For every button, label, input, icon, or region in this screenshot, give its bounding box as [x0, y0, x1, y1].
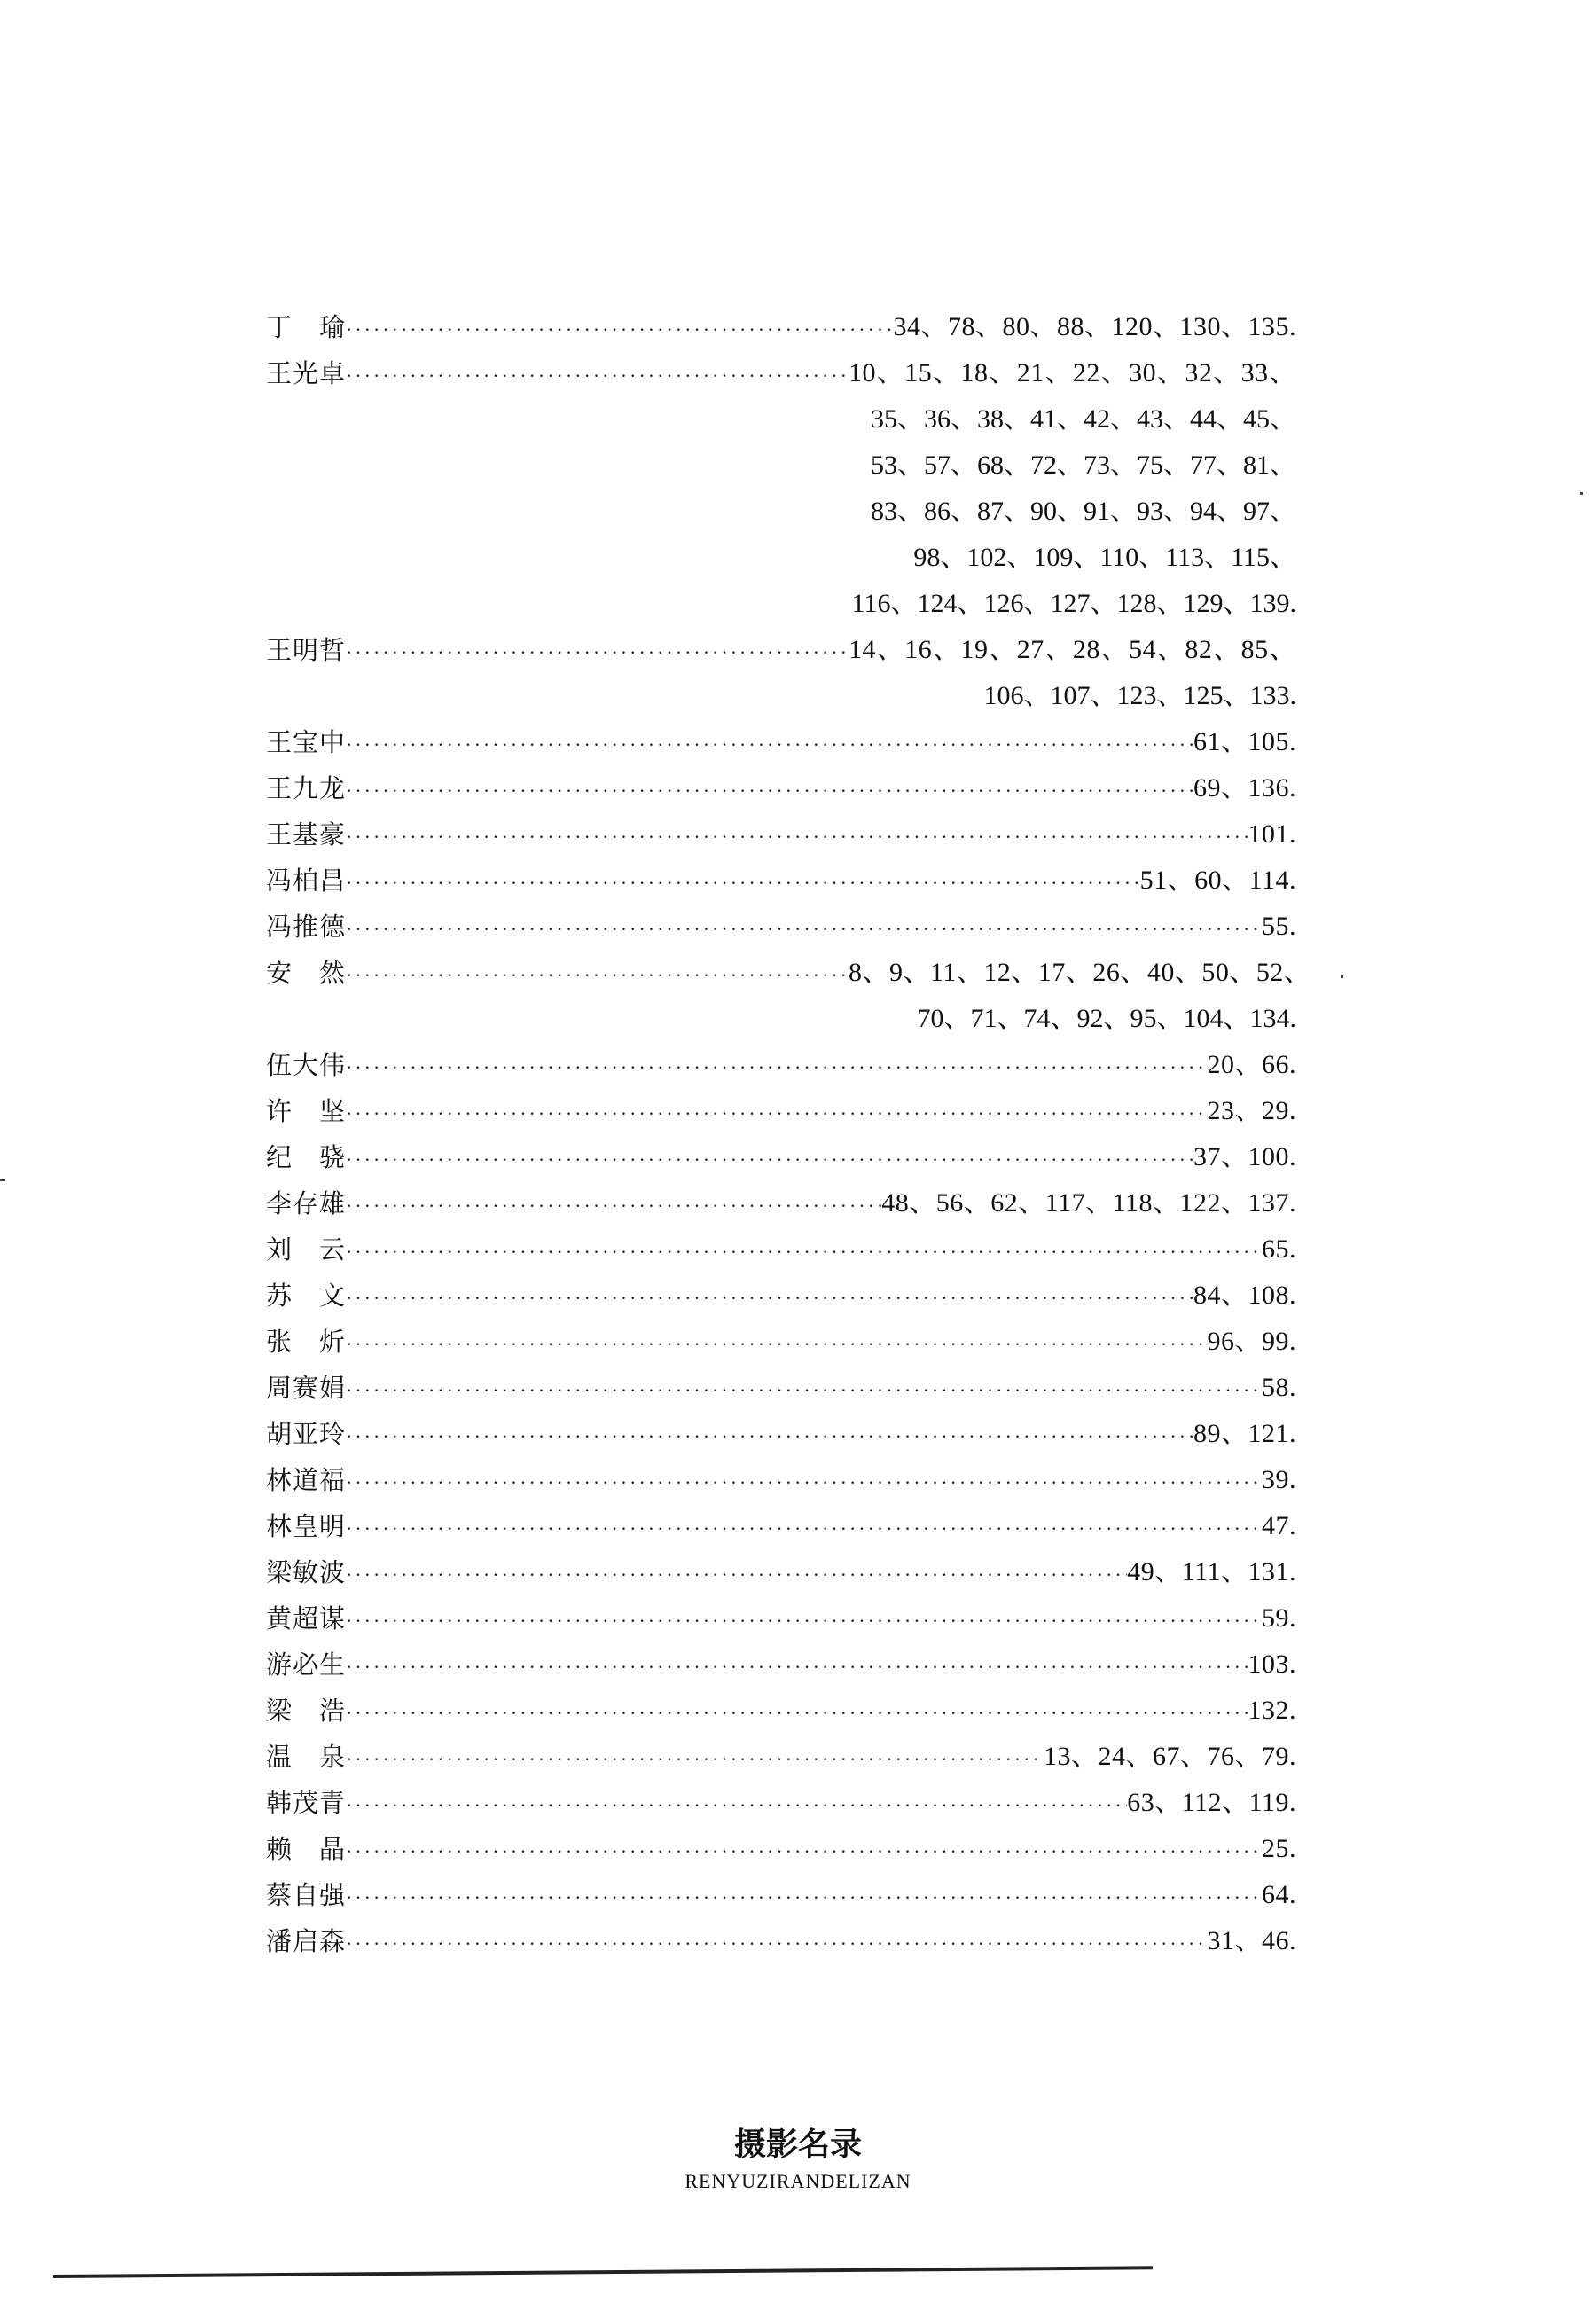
index-entry: 王明哲·····································…	[266, 627, 1296, 673]
index-entry: 许 坚·····································…	[266, 1088, 1296, 1134]
index-entry: 王宝中·····································…	[266, 719, 1296, 765]
index-entry: 赖 晶·····································…	[266, 1826, 1296, 1872]
dot-leader: ········································…	[346, 725, 1193, 765]
dot-leader: ········································…	[346, 1047, 1207, 1088]
index-entry: 安 然·····································…	[266, 950, 1296, 996]
photographer-name: 伍大伟	[266, 1042, 346, 1088]
index-entry: 林皇明·····································…	[266, 1503, 1296, 1549]
page-numbers: 132.	[1248, 1688, 1297, 1734]
photographer-name: 李存雄	[266, 1180, 346, 1226]
index-entry: 蔡自强·····································…	[266, 1872, 1296, 1918]
index-entry: 周赛娟·····································…	[266, 1365, 1296, 1411]
index-entry: 潘启森·····································…	[266, 1918, 1296, 1964]
index-entry: 梁 浩·····································…	[266, 1688, 1296, 1734]
dot-leader: ········································…	[346, 632, 849, 673]
index-entry: 冯推德·····································…	[266, 904, 1296, 950]
photographer-name: 冯柏昌	[266, 858, 346, 904]
page-numbers: 101.	[1248, 811, 1297, 858]
index-entry: 王基豪·····································…	[266, 811, 1296, 858]
page-numbers: 23、29.	[1208, 1088, 1297, 1134]
index-entry: 冯柏昌·····································…	[266, 858, 1296, 904]
index-entry: 李存雄·····································…	[266, 1180, 1296, 1226]
photographer-name: 张 炘	[266, 1319, 346, 1365]
index-entry: 王光卓·····································…	[266, 350, 1296, 396]
page-numbers-continuation: 98、102、109、110、113、115、	[266, 535, 1296, 581]
index-entry: 刘 云·····································…	[266, 1226, 1296, 1273]
page-numbers: 58.	[1262, 1365, 1296, 1411]
photographer-name: 安 然	[266, 950, 346, 996]
dot-leader: ········································…	[346, 356, 849, 396]
page-numbers: 51、60、114.	[1140, 858, 1296, 904]
dot-leader: ········································…	[346, 1186, 881, 1226]
index-entry: 胡亚玲·····································…	[266, 1411, 1296, 1457]
photographer-name: 温 泉	[266, 1734, 346, 1780]
scan-speck	[1580, 492, 1583, 495]
dot-leader: ········································…	[346, 863, 1140, 904]
page-numbers: 49、111、131.	[1127, 1549, 1296, 1595]
page-numbers-continuation: 116、124、126、127、128、129、139.	[266, 581, 1296, 627]
page-numbers: 13、24、67、76、79.	[1044, 1734, 1296, 1780]
photographer-name: 纪 骁	[266, 1134, 346, 1180]
photographer-name: 黄超谋	[266, 1595, 346, 1641]
index-entry: 林道福·····································…	[266, 1457, 1296, 1503]
photographer-name: 王宝中	[266, 719, 346, 765]
page-numbers: 37、100.	[1193, 1134, 1296, 1180]
page-numbers: 65.	[1262, 1226, 1296, 1273]
index-entry: 王九龙·····································…	[266, 765, 1296, 811]
photographer-name: 刘 云	[266, 1226, 346, 1273]
scan-speck	[0, 1179, 5, 1181]
photographer-name: 韩茂青	[266, 1780, 346, 1826]
index-entry: 韩茂青·····································…	[266, 1780, 1296, 1826]
index-entry: 丁 瑜·····································…	[266, 304, 1296, 350]
page-numbers: 47.	[1262, 1503, 1296, 1549]
dot-leader: ········································…	[346, 1831, 1262, 1872]
dot-leader: ········································…	[346, 1923, 1207, 1964]
dot-leader: ········································…	[346, 1278, 1193, 1319]
dot-leader: ········································…	[346, 771, 1193, 811]
photographer-name: 蔡自强	[266, 1872, 346, 1918]
page-numbers: 96、99.	[1208, 1319, 1297, 1365]
dot-leader: ········································…	[346, 909, 1262, 950]
page-numbers: 89、121.	[1193, 1411, 1296, 1457]
page-numbers: 8、9、11、12、17、26、40、50、52、	[849, 950, 1296, 996]
dot-leader: ········································…	[346, 1370, 1262, 1411]
page-numbers: 61、105.	[1193, 719, 1296, 765]
index-entry: 张 炘·····································…	[266, 1319, 1296, 1365]
page-numbers: 10、15、18、21、22、30、32、33、	[849, 350, 1296, 396]
photographer-name: 林道福	[266, 1457, 346, 1503]
photographer-name: 冯推德	[266, 904, 346, 950]
page-numbers: 63、112、119.	[1127, 1780, 1296, 1826]
dot-leader: ········································…	[346, 955, 849, 996]
page-numbers-continuation: 53、57、68、72、73、75、77、81、	[266, 443, 1296, 489]
dot-leader: ········································…	[346, 1555, 1127, 1595]
page-numbers-continuation: 70、71、74、92、95、104、134.	[266, 996, 1296, 1042]
dot-leader: ········································…	[346, 817, 1248, 858]
page-numbers: 14、16、19、27、28、54、82、85、	[849, 627, 1296, 673]
page-footer-subtitle: RENYUZIRANDELIZAN	[0, 2170, 1596, 2193]
photographer-name: 林皇明	[266, 1503, 346, 1549]
dot-leader: ········································…	[346, 1324, 1207, 1365]
page-numbers: 31、46.	[1208, 1918, 1297, 1964]
photographer-name: 潘启森	[266, 1918, 346, 1964]
photographer-name: 许 坚	[266, 1088, 346, 1134]
photographer-name: 王明哲	[266, 627, 346, 673]
photographer-name: 梁敏波	[266, 1549, 346, 1595]
scan-speck	[1341, 975, 1343, 978]
photographer-index: 丁 瑜·····································…	[266, 304, 1296, 1964]
page-numbers: 55.	[1262, 904, 1296, 950]
page-numbers-continuation: 83、86、87、90、91、93、94、97、	[266, 489, 1296, 535]
index-entry: 纪 骁·····································…	[266, 1134, 1296, 1180]
page-numbers-continuation: 106、107、123、125、133.	[266, 673, 1296, 719]
dot-leader: ········································…	[346, 1093, 1207, 1134]
dot-leader: ········································…	[346, 1232, 1262, 1273]
photographer-name: 王九龙	[266, 765, 346, 811]
photographer-name: 苏 文	[266, 1273, 346, 1319]
dot-leader: ········································…	[346, 1877, 1262, 1918]
index-entry: 游必生·····································…	[266, 1641, 1296, 1688]
photographer-name: 梁 浩	[266, 1688, 346, 1734]
photographer-name: 周赛娟	[266, 1365, 346, 1411]
index-entry: 苏 文·····································…	[266, 1273, 1296, 1319]
dot-leader: ········································…	[346, 1462, 1262, 1503]
page-numbers: 64.	[1262, 1872, 1296, 1918]
photographer-name: 赖 晶	[266, 1826, 346, 1872]
page-numbers-continuation: 35、36、38、41、42、43、44、45、	[266, 396, 1296, 443]
page-numbers: 20、66.	[1208, 1042, 1297, 1088]
page-numbers: 59.	[1262, 1595, 1296, 1641]
index-entry: 伍大伟·····································…	[266, 1042, 1296, 1088]
dot-leader: ········································…	[346, 1508, 1262, 1549]
page-numbers: 34、78、80、88、120、130、135.	[894, 304, 1297, 350]
dot-leader: ········································…	[346, 1647, 1248, 1688]
photographer-name: 丁 瑜	[266, 304, 346, 350]
photographer-name: 胡亚玲	[266, 1411, 346, 1457]
page-numbers: 103.	[1248, 1641, 1297, 1688]
dot-leader: ········································…	[346, 1601, 1262, 1641]
page-numbers: 48、56、62、117、118、122、137.	[881, 1180, 1296, 1226]
page-footer-title: 摄影名录	[0, 2119, 1596, 2165]
index-entry: 梁敏波·····································…	[266, 1549, 1296, 1595]
photographer-name: 王基豪	[266, 811, 346, 858]
scan-artifact-line	[53, 2266, 1153, 2278]
dot-leader: ········································…	[346, 1739, 1044, 1780]
dot-leader: ········································…	[346, 1693, 1248, 1734]
index-entry: 黄超谋·····································…	[266, 1595, 1296, 1641]
page-numbers: 69、136.	[1193, 765, 1296, 811]
dot-leader: ········································…	[346, 1416, 1193, 1457]
page-numbers: 84、108.	[1193, 1273, 1296, 1319]
page-numbers: 25.	[1262, 1826, 1296, 1872]
photographer-name: 游必生	[266, 1641, 346, 1688]
photographer-name: 王光卓	[266, 350, 346, 396]
index-entry: 温 泉·····································…	[266, 1734, 1296, 1780]
dot-leader: ········································…	[346, 1140, 1193, 1180]
dot-leader: ········································…	[346, 309, 893, 350]
page-numbers: 39.	[1262, 1457, 1296, 1503]
dot-leader: ········································…	[346, 1785, 1127, 1826]
